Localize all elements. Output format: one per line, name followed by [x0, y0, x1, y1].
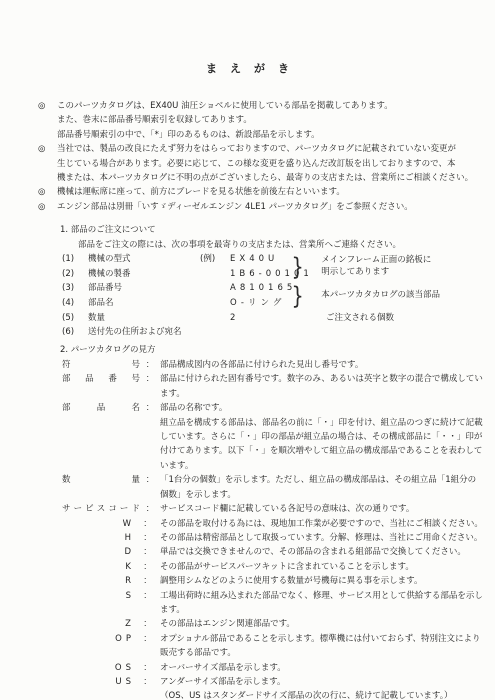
- definition-colon: ：: [140, 401, 160, 415]
- note-lines: 当社では、製品の改良にたえず努力をはらっておりますので、パーツカタログに記載され…: [57, 142, 473, 185]
- definition-desc: サービスコード欄に記載している各記号の意味は、次の通りです。: [160, 502, 495, 516]
- definition-term: 数量: [62, 473, 140, 487]
- desc-line: 組立品を構成する部品は、部品名の前に「・」印を付け、組立品のつぎに続けて記載: [160, 416, 495, 430]
- service-code-row-z: Z ： その部品はエンジン関連部品です。: [0, 617, 495, 631]
- definition-row-quantity: 数量 ： 「1台分の個数」を示します。ただし、組立品の構成部品は、その組立品「1…: [0, 473, 495, 502]
- desc-line: オーバーサイズ部品を示します。: [160, 661, 495, 675]
- brace-note-lines: 本パーツカタカログの該当部品: [321, 290, 440, 302]
- desc-line: その部品は精密部品として取扱っています。分解、修理は、当社にご用命ください。: [160, 531, 495, 545]
- section2-heading: 2. パーツカタログの見方: [60, 343, 495, 357]
- service-code-colon: ：: [135, 675, 160, 689]
- double-circle-bullet-icon: ◎: [38, 185, 57, 199]
- service-code-letter: OS: [102, 661, 135, 675]
- page-title: まえがき: [0, 62, 495, 76]
- note-line: このパーツカタログは、EX40U 油圧ショベルに使用している部品を掲載してありま…: [57, 99, 393, 113]
- section-how-to-read: 2. パーツカタログの見方 符号 ： 部品構成図内の各部品に付けられた見出し番号…: [0, 343, 495, 700]
- item-number: (1): [62, 252, 88, 266]
- service-code-colon: ：: [135, 517, 160, 531]
- double-circle-bullet-icon: ◎: [38, 200, 57, 214]
- service-code-colon: ：: [135, 632, 160, 646]
- service-code-letter: OP: [102, 632, 135, 646]
- service-code-desc: アンダーサイズ部品を示します。 （OS、US はスタンダードサイズ部品の次の行に…: [160, 675, 495, 700]
- service-code-letter: S: [102, 589, 135, 603]
- service-code-letter: K: [102, 560, 135, 574]
- double-circle-bullet-icon: ◎: [38, 142, 57, 156]
- brace-note-catalog-part: } 本パーツカタカログの該当部品: [290, 281, 440, 310]
- brace-note-line: メインフレーム正面の銘板に: [321, 255, 431, 267]
- service-code-colon: ：: [135, 574, 160, 588]
- service-code-colon: ：: [135, 531, 160, 545]
- service-code-letter: US: [102, 675, 135, 689]
- item-number: (2): [62, 267, 88, 281]
- definition-term: 符号: [62, 358, 140, 372]
- item-label: 機械の型式: [88, 252, 200, 266]
- service-code-colon: ：: [135, 589, 160, 603]
- item-label: 部品名: [88, 296, 200, 310]
- service-code-colon: ：: [135, 560, 160, 574]
- service-code-row-op: OP ： オプショナル部品であることを示します。標準機には付いておらず、特別注文…: [0, 632, 495, 661]
- item-label: 機械の製番: [88, 267, 200, 281]
- desc-line: オプショナル部品であることを示します。標準機には付いておらず、特別注文により: [160, 632, 495, 646]
- note-lines: このパーツカタログは、EX40U 油圧ショベルに使用している部品を掲載してありま…: [57, 99, 393, 142]
- service-code-row-h: H ： その部品は精密部品として取扱っています。分解、修理は、当社にご用命くださ…: [0, 531, 495, 545]
- definition-desc: 「1台分の個数」を示します。ただし、組立品の構成部品は、その組立品「1組分の 個…: [160, 473, 495, 502]
- service-code-letter: W: [102, 517, 135, 531]
- service-code-desc: その部品は精密部品として取扱っています。分解、修理は、当社にご用命ください。: [160, 531, 495, 545]
- service-code-colon: ：: [135, 617, 160, 631]
- service-code-colon: ：: [135, 545, 160, 559]
- definition-desc: 部品構成図内の各部品に付けられた見出し番号です。: [160, 358, 495, 372]
- note-line: また、巻末に部品番号順索引を収録してあります。: [57, 113, 393, 127]
- section1-intro: 部品をご注文の際には、次の事項を最寄りの支店または、営業所へご連絡ください。: [78, 238, 495, 252]
- service-code-desc: 単品では交換できませんので、その部品の含まれる組部品で交換してください。: [160, 545, 495, 559]
- desc-line: ます。: [160, 387, 495, 401]
- service-code-row-w: W ： その部品を取付ける為には、現地加工作業が必要ですので、当社にご相談くださ…: [0, 517, 495, 531]
- definition-term: サービスコード: [62, 502, 140, 516]
- service-code-row-k: K ： その部品がサービスパーツキットに含まれていることを示します。: [0, 560, 495, 574]
- service-code-desc: その部品はエンジン関連部品です。: [160, 617, 495, 631]
- item-number: (6): [62, 325, 88, 339]
- section1-heading: 1. 部品のご注文について: [60, 223, 495, 237]
- right-brace-icon: }: [292, 284, 304, 308]
- preface-page: まえがき ◎ このパーツカタログは、EX40U 油圧ショベルに使用している部品を…: [0, 0, 495, 700]
- desc-line: ます。: [160, 603, 495, 617]
- definition-desc: 部品の名称です。 組立品を構成する部品は、部品名の前に「・」印を付け、組立品のつ…: [160, 401, 495, 473]
- note-line: 機械は運転席に座って、前方にブレードを見る状態を前後左右といいます。: [57, 185, 345, 199]
- desc-line: 部品に付けられた固有番号です。数字のみ、あるいは英字と数字の混合で構成してい: [160, 372, 495, 386]
- desc-line: 個数」を示します。: [160, 488, 495, 502]
- service-code-row-s: S ： 工場出荷時に組み込まれた部品でなく、修理、サービス用として供給する部品を…: [0, 589, 495, 618]
- desc-line: その部品を取付ける為には、現地加工作業が必要ですので、当社にご相談ください。: [160, 517, 495, 531]
- definition-term: 部品番号: [62, 372, 140, 386]
- brace-note-nameplate: } メインフレーム正面の銘板に 明示してあります: [290, 252, 431, 281]
- preface-notes: ◎ このパーツカタログは、EX40U 油圧ショベルに使用している部品を掲載してあ…: [38, 99, 467, 214]
- note-line: 部品番号順索引の中で、「*」印のあるものは、新設部品を示します。: [57, 128, 393, 142]
- desc-line: 「1台分の個数」を示します。ただし、組立品の構成部品は、その組立品「1組分の: [160, 473, 495, 487]
- definition-colon: ：: [140, 473, 160, 487]
- desc-line: 単品では交換できませんので、その部品の含まれる組部品で交換してください。: [160, 545, 495, 559]
- item-number: (3): [62, 281, 88, 295]
- brace-note-line: 本パーツカタカログの該当部品: [321, 290, 440, 302]
- right-brace-icon: }: [292, 255, 304, 279]
- definition-row-symbol: 符号 ： 部品構成図内の各部品に付けられた見出し番号です。: [0, 358, 495, 372]
- order-item-quantity: (5) 数量 2 ご注文される個数: [62, 310, 495, 325]
- item-label: 部品番号: [88, 281, 200, 295]
- service-code-desc: オーバーサイズ部品を示します。: [160, 661, 495, 675]
- definition-colon: ：: [140, 502, 160, 516]
- preface-note-catalog: ◎ このパーツカタログは、EX40U 油圧ショベルに使用している部品を掲載してあ…: [38, 99, 467, 142]
- service-code-desc: オプショナル部品であることを示します。標準機には付いておらず、特別注文により 販…: [160, 632, 495, 661]
- brace-note-line: 明示してあります: [321, 267, 431, 279]
- desc-line: 調整用シムなどのように使用する数量が号機毎に異る事を示します。: [160, 574, 495, 588]
- service-code-desc: その部品を取付ける為には、現地加工作業が必要ですので、当社にご相談ください。: [160, 517, 495, 531]
- item-number: (4): [62, 296, 88, 310]
- service-code-letter: D: [102, 545, 135, 559]
- desc-line: 部品構成図内の各部品に付けられた見出し番号です。: [160, 358, 495, 372]
- desc-line: （OS、US はスタンダードサイズ部品の次の行に、続けて記載しています。）: [160, 689, 495, 700]
- service-code-desc: 工場出荷時に組み込まれた部品でなく、修理、サービス用として供給する部品を示し ま…: [160, 589, 495, 618]
- order-items-list: (1) 機械の型式 (例) EX40U (2) 機械の製番 1B6-00101 …: [62, 252, 495, 340]
- service-code-row-os: OS ： オーバーサイズ部品を示します。: [0, 661, 495, 675]
- item-number: (5): [62, 311, 88, 325]
- service-code-row-r: R ： 調整用シムなどのように使用する数量が号機毎に異る事を示します。: [0, 574, 495, 588]
- order-item-address: (6) 送付先の住所および宛名: [62, 325, 495, 340]
- section-ordering: 1. 部品のご注文について 部品をご注文の際には、次の事項を最寄りの支店または、…: [0, 223, 495, 339]
- preface-note-orientation: ◎ 機械は運転席に座って、前方にブレードを見る状態を前後左右といいます。: [38, 185, 467, 199]
- service-code-row-d: D ： 単品では交換できませんので、その部品の含まれる組部品で交換してください。: [0, 545, 495, 559]
- service-code-row-us: US ： アンダーサイズ部品を示します。 （OS、US はスタンダードサイズ部品…: [0, 675, 495, 700]
- desc-line: 部品の名称です。: [160, 401, 495, 415]
- service-code-desc: 調整用シムなどのように使用する数量が号機毎に異る事を示します。: [160, 574, 495, 588]
- note-line: 機または、本パーツカタログに不明の点がございましたら、最寄りの支店または、営業所…: [57, 171, 473, 185]
- desc-line: 工場出荷時に組み込まれた部品でなく、修理、サービス用として供給する部品を示し: [160, 589, 495, 603]
- definition-colon: ：: [140, 372, 160, 386]
- item-label: 数量: [88, 311, 200, 325]
- service-code-letter: H: [102, 531, 135, 545]
- service-code-colon: ：: [135, 661, 160, 675]
- note-line: 当社では、製品の改良にたえず努力をはらっておりますので、パーツカタログに記載され…: [57, 142, 473, 156]
- definition-row-part-name: 部品名 ： 部品の名称です。 組立品を構成する部品は、部品名の前に「・」印を付け…: [0, 401, 495, 473]
- definition-term: 部品名: [62, 401, 140, 415]
- service-code-letter: R: [102, 574, 135, 588]
- desc-line: しています。さらに「・」印の部品が組立品の場合は、その構成部品に「・・」印が: [160, 430, 495, 444]
- note-line: エンジン部品は別冊「いすゞディーゼルエンジン 4LE1 パーツカタログ」をご参照…: [57, 200, 413, 214]
- desc-line: 販売する部品です。: [160, 646, 495, 660]
- desc-line: アンダーサイズ部品を示します。: [160, 675, 495, 689]
- item-label: 送付先の住所および宛名: [88, 325, 200, 339]
- brace-note-lines: メインフレーム正面の銘板に 明示してあります: [321, 255, 431, 279]
- desc-line: います。: [160, 459, 495, 473]
- service-code-letter: Z: [102, 617, 135, 631]
- desc-line: 付けてあります。以下「・」を順次増やして組立品の構成部品であることを表わして: [160, 444, 495, 458]
- desc-line: その部品はエンジン関連部品です。: [160, 617, 495, 631]
- desc-line: サービスコード欄に記載している各記号の意味は、次の通りです。: [160, 502, 495, 516]
- definition-row-service-code: サービスコード ： サービスコード欄に記載している各記号の意味は、次の通りです。: [0, 502, 495, 516]
- service-code-desc: その部品がサービスパーツキットに含まれていることを示します。: [160, 560, 495, 574]
- definition-colon: ：: [140, 358, 160, 372]
- desc-line: その部品がサービスパーツキットに含まれていることを示します。: [160, 560, 495, 574]
- item-value: 2: [230, 311, 326, 325]
- preface-note-engine: ◎ エンジン部品は別冊「いすゞディーゼルエンジン 4LE1 パーツカタログ」をご…: [38, 200, 467, 214]
- note-lines: エンジン部品は別冊「いすゞディーゼルエンジン 4LE1 パーツカタログ」をご参照…: [57, 200, 413, 214]
- definition-row-part-number: 部品番号 ： 部品に付けられた固有番号です。数字のみ、あるいは英字と数字の混合で…: [0, 372, 495, 401]
- note-lines: 機械は運転席に座って、前方にブレードを見る状態を前後左右といいます。: [57, 185, 345, 199]
- preface-note-revisions: ◎ 当社では、製品の改良にたえず努力をはらっておりますので、パーツカタログに記載…: [38, 142, 467, 185]
- note-line: 生じている場合があります。必要に応じて、この様な変更を盛り込んだ改訂版を出してお…: [57, 157, 473, 171]
- double-circle-bullet-icon: ◎: [38, 99, 57, 113]
- quantity-note: ご注文される個数: [326, 311, 394, 325]
- definition-desc: 部品に付けられた固有番号です。数字のみ、あるいは英字と数字の混合で構成してい ま…: [160, 372, 495, 401]
- item-example-prefix: (例): [200, 252, 230, 266]
